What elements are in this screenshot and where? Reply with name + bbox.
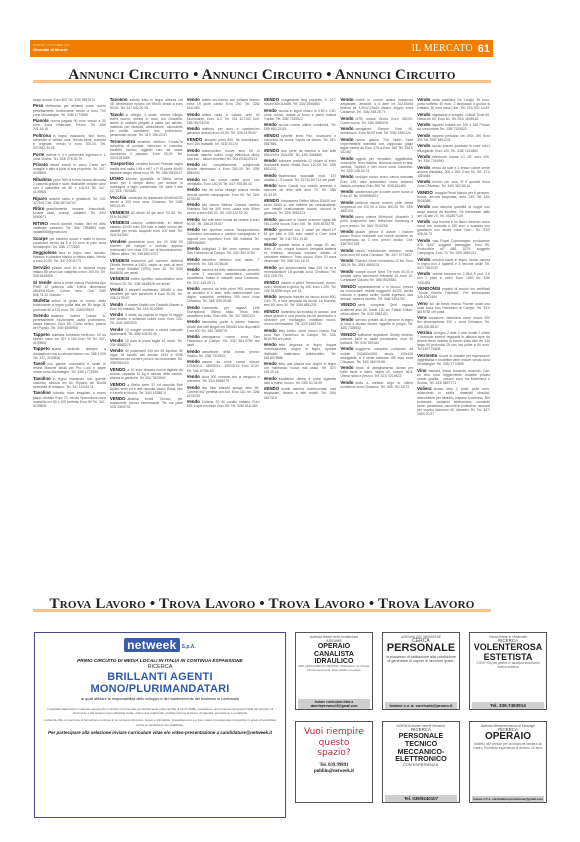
classified-ad: VENDOdue porte da esterno a due ante 180… <box>264 149 337 157</box>
page-header: MARTEDÌ 22 OTTOBRE 2019 Giornale di Monz… <box>30 40 493 57</box>
classifieds-column: Vendomobili in rovere antico massiccio a… <box>340 98 413 588</box>
classified-ad: Porteinterne n. 4 e portoncino ingresso … <box>33 153 106 161</box>
classified-ad: Poltronain legno massiccio, tipo trono, … <box>33 134 106 150</box>
classified-ad: VENDOserie completa Quei ragazzi scatena… <box>340 303 413 315</box>
job-ad-contact[interactable]: Inviare curriculum vitae a danielepirova… <box>298 699 370 709</box>
classified-ad: VENDESItrofeo sportivo motociclistico an… <box>110 277 183 285</box>
job-ad-operaio-canalista: Azienda leader nella ventilazione ASSUME… <box>295 632 373 710</box>
classified-ad: Vendo40 polizieschi 100 tec 45 topolino … <box>110 349 183 365</box>
classified-ad: Vendoforno Candy con mobile annesso e ca… <box>264 184 337 196</box>
classified-ad: Vendostufa catalitica De Longhi 35 euro,… <box>417 98 490 110</box>
classified-ad: Vendocameretta ponte a parete frassino c… <box>187 320 260 332</box>
job-ad-details: in possesso di abilitazione alla conduzi… <box>385 655 457 664</box>
classified-ad: Vendocassettone della nonna prezzo modic… <box>187 350 260 358</box>
classified-ad: VENDOa 10 euro bilancia nuova digitale d… <box>110 368 183 380</box>
netweek-logo-suffix: S.p.A. <box>182 644 196 650</box>
job-ad-details: addetto alle presse per lavorazione lami… <box>472 743 544 750</box>
netweek-job-title: BRILLANTI AGENTI MONO/PLURIMANDATARI <box>41 671 279 695</box>
classified-ad: Termometrosensitivo elettrico ContacTo c… <box>110 140 183 160</box>
classified-ad: VENDOa Biella serie 37 cd raccolta Bob D… <box>110 383 183 395</box>
classified-ad: Vendobici mtb semi nuova da vedere a eur… <box>187 218 260 226</box>
classified-ad: Volieradivano letto 2 posti, pelle nero,… <box>417 387 490 416</box>
classified-ad: Vendocucina rovere ottime condizioni. Te… <box>264 123 337 131</box>
classified-ad: Vendogiaccone in visone marrone taglia 4… <box>264 218 337 226</box>
classified-ad: Vendoantica radio a valvole anni 40 funz… <box>187 113 260 125</box>
classified-ad: Vendocamera da letto primi 900 composta … <box>187 287 260 303</box>
classified-ad: Vendo5 master Mattel con Castello Master… <box>110 303 183 311</box>
classified-ad: Vendotagliasiepi a scoppio, Cultivit Tiv… <box>417 113 490 121</box>
classified-ad: Tavoloin ciliegio, 4 sedie, vetrina cili… <box>110 113 183 138</box>
classified-ad: Scarpeper bambini nuove e usate in buono… <box>33 237 106 249</box>
classified-ad: Vendostufa a metano Argo in ottime condi… <box>340 381 413 389</box>
job-ad-title: PERSONALE TECNICO MECCANICO-ELETTRONICO <box>385 732 457 762</box>
classified-ad: Vendorasoio tradizionale tedesco molto b… <box>340 249 413 257</box>
header-section-title: IL MERCATO <box>412 43 473 54</box>
classified-ad: Vendotappeto persiano cm 190x 190 Euro 3… <box>417 134 490 142</box>
classified-ad: Vendocirca 300 romanzi che vi vengono a … <box>187 375 260 383</box>
classified-ad: Pesoelettronico per alimenti come nuovo … <box>33 104 106 116</box>
classified-ad: Vendolampada floreale da tavolo inizio 9… <box>264 295 337 307</box>
netweek-ricerca: RICERCA <box>41 664 279 670</box>
job-ad-contact[interactable]: Inviare c.v. a: curricula@promo.it <box>385 702 457 709</box>
classified-ad: Vecchiacredenza da restaurare 80x40x6200… <box>110 196 183 208</box>
advertise-title-line3: spazio? <box>317 748 350 759</box>
header-masthead: MARTEDÌ 22 OTTOBRE 2019 Giornale di Monz… <box>33 45 70 53</box>
classified-ad: Vendoquadri, pittura d' autore i l'autor… <box>340 230 413 246</box>
classified-ad: Vendo15 paia di jeans taglia 42 nuovi. T… <box>110 339 183 347</box>
classified-ad: Vendolucidatrice ottima e porta sigarett… <box>264 377 337 385</box>
classified-ad: Tavolicon gambe smontabili e sedie in re… <box>33 362 106 374</box>
job-ad-details: CON ESPERIENZA. <box>403 763 439 767</box>
classified-ad: Vendouna tromba e un flauto traverso com… <box>417 220 490 236</box>
classified-ad: Vendobici da corsa usata poco con piedis… <box>187 178 260 186</box>
advertise-title-line2: questo <box>319 738 350 749</box>
classified-ad-text: in ciliegio, 4 sedie, vetrina ciliegio c… <box>110 113 183 137</box>
classified-ad: Vendouna discreta quantità di coppe con … <box>417 205 490 217</box>
classified-ad: Vendocalorifero elettrico mai usato, 7 e… <box>187 258 260 266</box>
classified-ad: Vendoparabrezza per scooter come nuovo a… <box>340 190 413 198</box>
classified-ad: VENDESImacchina per scrivere elettrica O… <box>110 259 183 275</box>
classified-ad-text: lungo nuova. Euro 600 Tel. 339/ 5957674 <box>33 98 95 102</box>
job-ad-tecnico-meccanico: AZIENDA leader carrelli elevatori, RICER… <box>382 721 460 803</box>
banner-annunci-circuito: Annunci Circuito • Annunci Circuito • An… <box>33 67 491 83</box>
classified-ad: Vendoantifurto per auto e camioncino gan… <box>187 127 260 135</box>
header-paper-name: Giornale di Monza <box>33 48 70 52</box>
job-ad-details: CON P.IVA per gestire in assoluta autono… <box>472 662 544 669</box>
classified-ad: VENDESI60 dischi 45 giri anni 70/ 80. Te… <box>110 211 183 219</box>
classified-ad: Vinobarbera, freisa, bonarda, moscato, C… <box>417 369 490 385</box>
job-ad-contact[interactable]: Inviare CV a: candidatureproduzione@gmai… <box>472 796 544 802</box>
classified-ad: Vendopelliccia visone madrio pelle inter… <box>340 201 413 213</box>
classified-ad: Vendotappeto bukara cm 249 x 165 Prezzo … <box>417 123 490 131</box>
classified-ad: VENDOabatina bimbi Chicco, per automobil… <box>110 397 183 409</box>
classified-ad: RITIROvecchi fumetti, riviste, libri ed … <box>33 222 106 234</box>
netweek-logo-word: netweek <box>124 638 179 652</box>
classified-ad: Venosci da fondo marca Fischer usati una… <box>417 302 490 314</box>
classified-ad: VENDESIcuscino antidecubito in lattice e… <box>110 221 183 237</box>
classified-ad-text: occasione: betoniera come nuova 200 litr… <box>417 316 490 328</box>
classified-ad: VendoCollana 20 fili corallo indiano Eur… <box>187 400 260 408</box>
advertise-here-box: Vuoi riempire questo spazio? Tel. 039.99… <box>295 721 373 803</box>
classified-ad: Vendoservizio posate da 8 persone in leg… <box>340 318 413 330</box>
classified-ad: Vendoanello oro bianco con solitario bia… <box>187 98 260 110</box>
classified-ad: Vetrinadi legno 2 ante 2 vetri molati 2 … <box>417 331 490 351</box>
classified-ad: Vendofisarmonica scandalli mod. 137 tona… <box>264 174 337 182</box>
classified-ad: VENDOarmadio primi 900, da ristrutturare… <box>187 138 260 146</box>
classified-ad: VENDOcyclette linea Pax, occasione e mac… <box>264 134 337 146</box>
classified-ad: VENDOtovaglia Fendi bianca per 6 persone… <box>417 191 490 203</box>
classified-ad: Vendogiradischi con 2 casse più dischi L… <box>264 228 337 240</box>
classifieds-column: Tavolinosalotto tutto in legno altezza c… <box>110 98 183 588</box>
classified-ad-text: sci da fondo marca Fischer usati una vol… <box>417 302 490 314</box>
job-ad-title: OPERAIO CANALISTA IDRAULICO <box>298 643 370 665</box>
netweek-job-cta: Per partecipare alla selezione inviare c… <box>41 730 279 736</box>
job-ad-title: VOLENTEROSA ESTETISTA <box>472 643 544 662</box>
advertise-email[interactable]: publiin@netweek.it <box>314 769 354 775</box>
classified-ad-text: divano letto 2 posti, pelle nero, divano… <box>417 387 490 416</box>
classified-ad: Vendoautomobiline nuove anni 60 in svari… <box>187 149 260 161</box>
classifieds-column: VENDOcongelatore Aeg pozzetto, lt. 227, … <box>264 98 337 588</box>
classified-ad: Vendocatene da neve nuove misure 175/50/… <box>187 360 260 372</box>
classified-ad: Vendotenda da sole a 2 bracci colore ver… <box>417 166 490 178</box>
job-ad-title: PERSONALE <box>387 643 455 655</box>
classified-ad: Vendoedizione completa 12 volumi di Indr… <box>264 159 337 171</box>
classified-ad: Vendo5 sedie da regista in legno di fagg… <box>110 313 183 325</box>
classified-ad: Vendooggetti per mercatini, oggettistica… <box>340 157 413 173</box>
classified-ad: Pianolanuova pagata 90 euro vendo a 30 e… <box>33 119 106 131</box>
classified-ad: Vendogru automontante fasa 220 16 m a mi… <box>264 266 337 278</box>
advertise-title-line1: Vuoi riempire <box>304 727 364 738</box>
classified-ad-text: barbera, freisa, bonarda, moscato, Cari,… <box>417 369 490 385</box>
classifieds-column: lungo nuova. Euro 600 Tel. 339/ 5957674P… <box>33 98 106 588</box>
classified-ad: Vendobici completamente pieghevole picco… <box>187 163 260 175</box>
classified-ad: VENDOfotocamera Reflex Nikon D3400 con z… <box>264 199 337 215</box>
classifieds-columns: lungo nuova. Euro 600 Tel. 339/ 5957674P… <box>33 98 490 588</box>
classified-ad: Vendomobili in rovere antico massiccio a… <box>340 98 413 114</box>
classified-ad: Riparoantiche radio e giradischi Tel. 03… <box>33 197 106 205</box>
classified-ad: Tavolinorotondo noce intagliato a mano p… <box>33 391 106 407</box>
classified-ad: Vendocamera da letto matrimoniale armadi… <box>187 268 260 284</box>
classified-ad: UOMO48enne, giovanile, di Biella, cerca … <box>110 177 183 193</box>
classified-ad: VENDOcongelatore Aeg pozzetto, lt. 227, … <box>264 98 337 106</box>
classified-ad: VENDONSIpiantini di accolo bio certifica… <box>417 287 490 299</box>
classified-ad: Vendobottiglioni 2 litri vetro spesso zo… <box>187 247 260 255</box>
classified-ad: Vetrinettanuove in cristallo per esposiz… <box>417 354 490 366</box>
classified-ad: VENDOlavandino ad incasso in acciaio, un… <box>264 310 337 326</box>
classified-ad: Trasportinovendesi Kennel Petmate taglia… <box>110 162 183 174</box>
classified-ad: Vendotavolo pranzo quadrato in noce m1x1… <box>417 144 490 152</box>
classified-ad: Vendoorologio nuovo crono carica manuale… <box>340 175 413 187</box>
header-page-number: 61 <box>478 43 490 55</box>
classified-ad: Stufettaantica di ghisa in buono stato f… <box>33 299 106 311</box>
job-ad-operaio-mezzago: Azienda Metalmeccanica di Mezzago RICERC… <box>469 721 547 803</box>
classified-ad: Vendovecchio baule in legno, tavolo cari… <box>417 258 490 270</box>
classified-ad: Vendocucina in legno chiaro m 3,50 x 2,6… <box>264 109 337 121</box>
netweek-job-offer: L'azienda offre un percorso di formazion… <box>41 718 279 726</box>
classified-ad: VendoRichard Ginori novecento-12 fte- Eu… <box>340 259 413 267</box>
classified-ad: Vendonavigatore Garmin Nuvi 40, seminuov… <box>340 127 413 135</box>
classified-ad: Svendolavatrice Indesit Classe A. perfet… <box>33 314 106 330</box>
classified-ad: Servizioposate anni 60 in alpacca krupp … <box>33 266 106 278</box>
classified-ad: Vendoscarpe nuove Nero Tre euro 50,00 e … <box>340 270 413 282</box>
classified-ad: Vendogrande torcia a pile lunga 30 cm, d… <box>264 243 337 263</box>
job-ad-details: PER AMPLIAMENTO PROPRIO ORGANICO. Si ric… <box>298 665 370 672</box>
classified-ad: Vendocity bike bianchi splugo anni 80. C… <box>187 386 260 398</box>
header-section-block: IL MERCATO 61 <box>412 43 490 55</box>
classified-ad: Vendotorchio per vino, 5/ 6 quintali d'u… <box>417 180 490 188</box>
netweek-job-ad: netweek S.p.A. PRIMO CIRCUITO DI MEDIA L… <box>34 632 286 818</box>
classified-ad: Vendotelevisore marca LG 28" euro 100. T… <box>417 155 490 163</box>
classified-ad: Vendosoggiorno completo composto da mobi… <box>340 347 413 363</box>
classified-ad: Vendovetrina barocca mt 2,28x1,5 prof. 0… <box>417 272 490 284</box>
classifieds-column: Vendostufa catalitica De Longhi 35 euro,… <box>417 98 490 588</box>
classified-ad: Vendovasi Royal Copenhagen: produzione 5… <box>417 239 490 255</box>
netweek-logo: netweek S.p.A. <box>41 638 279 652</box>
job-ad-contact[interactable]: Tel. 039/9240107 <box>385 795 457 802</box>
netweek-tagline: PRIMO CIRCUITO DI MEDIA LOCALI IN ITALIA… <box>41 658 279 663</box>
job-ad-personale-meratese: AZIENDA DEL MERATESE CERCA PERSONALE in … <box>382 632 460 710</box>
classified-ad: Vendoletto degenza in legno doppia motor… <box>264 343 337 359</box>
netweek-job-requirements: I candidati ideali hanno maturato esperi… <box>41 707 279 715</box>
classified-ad: Vendopiano cottura Whirlpool, divanetto … <box>340 215 413 227</box>
classified-ad: Tappetosparta anatolia disegno a medagli… <box>33 347 106 359</box>
classified-ad: Vendesigeneratore mod. tec 29 338/ 50 in… <box>110 240 183 256</box>
classified-ad: Tappetobukhara- turkestan metà sec. XX s… <box>33 333 106 345</box>
classified-ad: VendoCameretta per ragazzi Letti Sovrapp… <box>187 306 260 318</box>
classified-ad: Vendobici sportiva marca Sempionissimo C… <box>187 228 260 244</box>
classified-ad: Vendobici da corsa vintage misura media … <box>187 188 260 200</box>
banner-trova-lavoro: Trova Lavoro • Trova Lavoro • Trova Lavo… <box>33 596 491 612</box>
classified-ad: VENDOmobili camera matrimoniale, sala ar… <box>264 387 337 399</box>
classified-ad: Vendocassapanca rovere zona San Francesc… <box>187 335 260 347</box>
job-ad-contact[interactable]: Tel. 339.7493914 <box>472 702 544 709</box>
classified-ad: VENDOseparatamente o in blocco, prezzo d… <box>340 285 413 301</box>
classified-ad: Veraoccasione: betoniera come nuova 200 … <box>417 316 490 328</box>
job-ad-estetista: Parrucchiere in Vimercate RICERCA VOLENT… <box>469 632 547 710</box>
classified-ad: lungo nuova. Euro 600 Tel. 339/ 5957674 <box>33 98 106 102</box>
classified-ad: Vendoletto bimbo come nuovo marca Pali z… <box>264 329 337 341</box>
classified-ad: Privatovende inserti in pizzo Cantù per … <box>33 163 106 175</box>
classified-ad: Ribaltinaprimi 900 di forma mossa decora… <box>33 178 106 194</box>
classified-ad: Vendo3 pannelli multistrato 150x80 e due… <box>110 288 183 300</box>
classified-ad: Ritirogratuitamente monete, francobolli,… <box>33 207 106 219</box>
classified-ad: SeggioloneIkea in legno nero laccato. Va… <box>33 251 106 263</box>
classified-ad: VendoMTB marca Ghost Euro 300,00. Come n… <box>340 117 413 125</box>
classified-ad: Vendonuova giacca The North Face imperme… <box>340 138 413 154</box>
classified-ad: Vendobici donna Bellota Carrara cambio S… <box>187 203 260 215</box>
classified-ad: VENDOsoffiatore aspiratore Grizzly elett… <box>340 333 413 345</box>
classified-ad: Tavolinoin legno massiccio con grande ca… <box>33 377 106 389</box>
netweek-job-subtitle: ai quali affidare la responsabilità dell… <box>41 697 279 702</box>
classified-ad: Vendoletto una piazza con doghe in legno… <box>264 362 337 374</box>
classified-ad: Si Vendestufa a pellet marca Piazzetta t… <box>33 281 106 297</box>
classifieds-column: Vendoanello oro bianco con solitario bia… <box>187 98 260 588</box>
classified-ad: Vendo10 sveglie vecchie a carica manuale… <box>110 328 183 336</box>
classified-ad: VendoStock di abbigliamento donna per ba… <box>340 366 413 378</box>
classified-ad: VENDOinserto a pellet Thermorossi, nuovo… <box>264 281 337 293</box>
classified-ad: Tavolinosalotto tutto in legno altezza c… <box>110 98 183 110</box>
